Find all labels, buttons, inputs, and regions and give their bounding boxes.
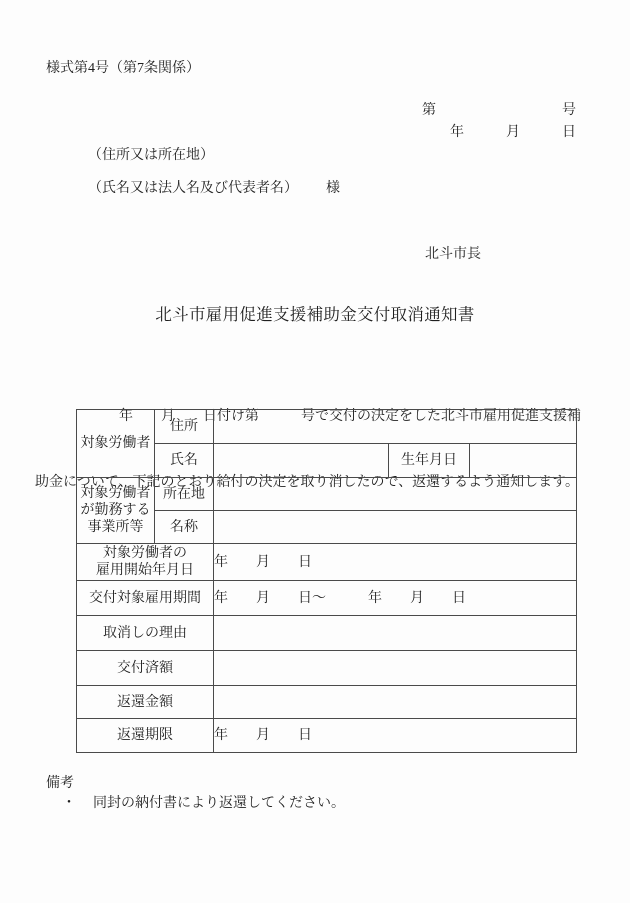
workplace-location-field: [214, 478, 577, 511]
table-row: 返還期限 年 月 日: [77, 719, 577, 753]
recipient-address-label: （住所又は所在地）: [88, 149, 214, 163]
worker-name-label: 氏名: [155, 444, 214, 478]
note-item: ・同封の納付書により返還してください。: [62, 797, 345, 811]
recipient-name-line: （氏名又は法人名及び代表者名）様: [88, 182, 340, 196]
refund-amount-field: [214, 686, 577, 719]
worker-address-field: [214, 410, 577, 444]
document-title: 北斗市雇用促進支援補助金交付取消通知書: [0, 307, 630, 324]
grant-period-label: 交付対象雇用期間: [77, 581, 214, 616]
workplace-location-label: 所在地: [155, 478, 214, 511]
table-row: 交付対象雇用期間 年 月 日～ 年 月 日: [77, 581, 577, 616]
workplace-name-label: 名称: [155, 511, 214, 544]
grant-period-field: 年 月 日～ 年 月 日: [214, 581, 577, 616]
honorific-sama: 様: [326, 181, 340, 196]
table-row: 対象労働者の 雇用開始年月日 年 月 日: [77, 544, 577, 581]
birthdate-label: 生年月日: [389, 444, 470, 478]
document-number-line: 第 号: [422, 104, 576, 118]
worker-name-field: [214, 444, 389, 478]
paid-amount-field: [214, 651, 577, 686]
form-table: 対象労働者 住所 氏名 生年月日 対象労働者 が勤務する 事業所等 所在地 名称…: [76, 409, 577, 753]
workplace-name-field: [214, 511, 577, 544]
note-bullet: ・: [62, 796, 76, 811]
table-row: 取消しの理由: [77, 616, 577, 651]
table-row: 対象労働者 住所: [77, 410, 577, 444]
table-row: 対象労働者 が勤務する 事業所等 所在地: [77, 478, 577, 511]
notes-heading: 備考: [46, 777, 74, 791]
worker-address-label: 住所: [155, 410, 214, 444]
refund-deadline-field: 年 月 日: [214, 719, 577, 753]
refund-deadline-label: 返還期限: [77, 719, 214, 753]
paid-amount-label: 交付済額: [77, 651, 214, 686]
refund-amount-label: 返還金額: [77, 686, 214, 719]
cancel-reason-field: [214, 616, 577, 651]
workplace-group-label: 対象労働者 が勤務する 事業所等: [77, 478, 155, 544]
form-number: 様式第4号（第7条関係）: [46, 62, 200, 76]
table-row: 交付済額: [77, 651, 577, 686]
sender-mayor: 北斗市長: [425, 248, 481, 262]
recipient-name-label: （氏名又は法人名及び代表者名）: [88, 181, 298, 196]
cancel-reason-label: 取消しの理由: [77, 616, 214, 651]
issue-date-line: 年 月 日: [450, 126, 576, 140]
document-page: 様式第4号（第7条関係） 第 号 年 月 日 （住所又は所在地） （氏名又は法人…: [0, 0, 630, 903]
worker-group-label: 対象労働者: [77, 410, 155, 478]
table-row: 返還金額: [77, 686, 577, 719]
birthdate-field: [470, 444, 577, 478]
employment-start-label: 対象労働者の 雇用開始年月日: [77, 544, 214, 581]
employment-start-field: 年 月 日: [214, 544, 577, 581]
note-text: 同封の納付書により返還してください。: [93, 796, 345, 811]
